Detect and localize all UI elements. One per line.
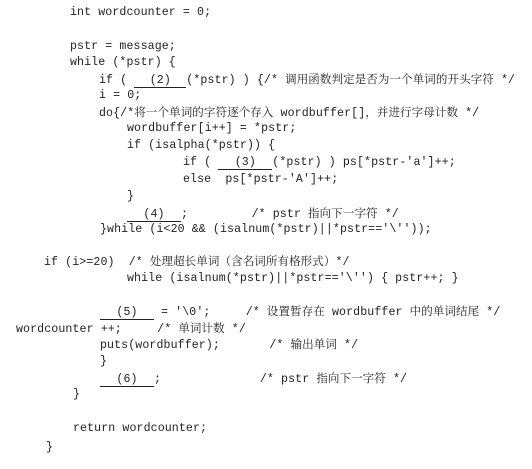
code-text: */ xyxy=(378,208,399,221)
code-line-else: else ps[*pstr-'A']++; xyxy=(183,173,338,187)
code-line-wordcounter-inc: wordcounter ++; /* 单词计数 */ xyxy=(16,321,246,337)
code-text: if ( xyxy=(183,156,218,169)
code-line-close-brace-function: } xyxy=(46,441,53,455)
blank-4: (4) xyxy=(127,208,181,222)
code-text: */ xyxy=(337,339,358,352)
code-text: */ xyxy=(225,323,246,336)
code-line-blank-4: (4); /* pstr 指向下一字符 */ xyxy=(127,206,399,222)
code-line-wordbuffer-assign: wordbuffer[i++] = *pstr; xyxy=(127,122,296,136)
blank-6: (6) xyxy=(100,373,154,387)
code-line-if-blank-3: if ( (3)(*pstr) ) ps[*pstr-'a']++; xyxy=(183,156,456,170)
code-line-close-brace: } xyxy=(127,190,134,204)
code-text: (*pstr) ) ps[*pstr-'a']++; xyxy=(272,156,456,169)
code-text: */ xyxy=(458,107,479,120)
code-line-if-long-word: if (i>=20) /* 处理超长单词（含名词所有格形式）*/ xyxy=(44,254,350,270)
code-text: */ xyxy=(494,74,515,87)
comment-text: 设置暂存在 xyxy=(267,304,325,318)
blank-2: (2) xyxy=(134,74,186,88)
code-line-close-brace-while: } xyxy=(73,388,80,402)
code-text: do{/* xyxy=(99,107,134,120)
code-line-blank-5: (5) = '\0'; /* 设置暂存在 wordbuffer 中的单词结尾 *… xyxy=(100,304,500,320)
code-text: puts(wordbuffer); /* xyxy=(100,339,291,352)
code-line-wordcounter-decl: int wordcounter = 0; xyxy=(70,6,211,20)
comment-text: 输出单词 xyxy=(291,337,337,351)
code-line-skip-while: while (isalnum(*pstr)||*pstr=='\'') { ps… xyxy=(127,272,459,286)
blank-5: (5) xyxy=(100,306,154,320)
code-line-if-isalpha: if (isalpha(*pstr)) { xyxy=(127,139,275,153)
comment-text: ，并进行字母计数 xyxy=(365,105,458,119)
comment-text: 将一个单词的字符逐个存入 xyxy=(134,105,273,119)
comment-text: 指向下一字符 xyxy=(316,371,386,385)
code-text: ; /* pstr xyxy=(181,208,308,221)
code-line-close-brace-if: } xyxy=(100,355,107,369)
code-line-if-blank-2: if ( (2)(*pstr) ) {/* 调用函数判定是否为一个单词的开头字符… xyxy=(99,72,515,88)
code-text: ; /* pstr xyxy=(154,373,316,386)
code-text: (*pstr) ) {/* xyxy=(186,74,285,87)
code-line-return: return wordcounter; xyxy=(73,422,207,436)
code-line-i-zero: i = 0; xyxy=(99,89,141,103)
code-text: if (i>=20) /* xyxy=(44,256,150,269)
code-text: */ xyxy=(335,256,349,269)
code-text: */ xyxy=(386,373,407,386)
code-text: */ xyxy=(479,306,500,319)
comment-text: 中的单词结尾 xyxy=(410,304,480,318)
code-line-pstr-assign: pstr = message; xyxy=(70,40,176,54)
code-line-do: do{/*将一个单词的字符逐个存入 wordbuffer[]，并进行字母计数 *… xyxy=(99,105,479,121)
code-text: = '\0'; /* xyxy=(154,306,267,319)
comment-text: 调用函数判定是否为一个单词的开头字符 xyxy=(285,72,494,86)
code-line-puts: puts(wordbuffer); /* 输出单词 */ xyxy=(100,337,358,353)
code-line-do-while-end: }while (i<20 && (isalnum(*pstr)||*pstr==… xyxy=(100,223,432,237)
comment-text: 单词计数 xyxy=(178,321,224,335)
code-line-while: while (*pstr) { xyxy=(70,56,176,70)
code-text: if ( xyxy=(99,74,134,87)
comment-text: 处理超长单词（含名词所有格形式） xyxy=(150,254,336,268)
code-text: wordbuffer[] xyxy=(274,107,366,120)
comment-text: 指向下一字符 xyxy=(308,206,378,220)
code-line-blank-6: (6); /* pstr 指向下一字符 */ xyxy=(100,371,407,387)
code-text: wordcounter ++; /* xyxy=(16,323,178,336)
code-text: wordbuffer xyxy=(325,306,410,319)
blank-3: (3) xyxy=(218,156,272,170)
